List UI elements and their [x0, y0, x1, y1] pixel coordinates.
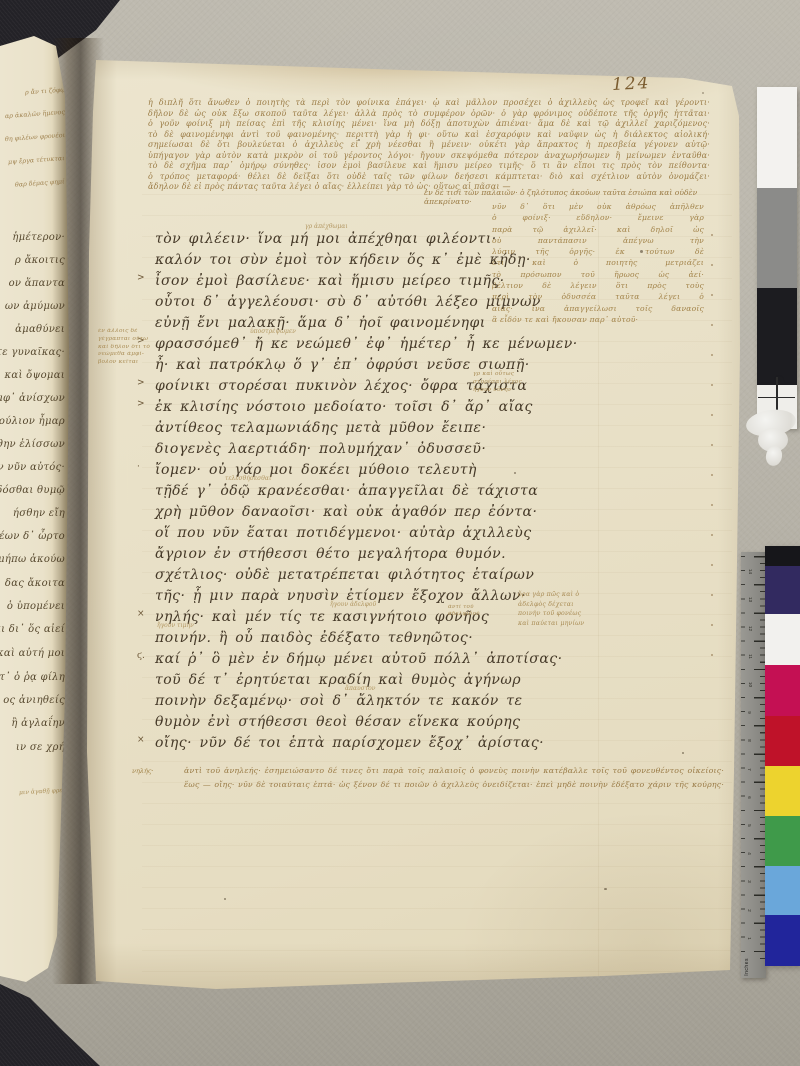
ruler-number: 1 — [747, 937, 752, 940]
pricking-dot — [711, 504, 713, 506]
ink-speck — [640, 250, 643, 253]
lemma-word: νηλής· — [132, 767, 154, 775]
tissue-wad — [744, 408, 800, 470]
verse-line: > ὑποστρέψωμεν φρασσόμεθ᾽ ἤ κε νεώμεθ᾽ ἐ… — [155, 333, 625, 354]
scholia-line: ἕως — οἴης· νῦν δὲ τοιαύταις ἑπτά· ὡς ξέ… — [184, 778, 724, 792]
pricking-dot — [711, 354, 713, 356]
right-margin-gloss: ἀντὶ τοῦἀδελφιδοῦ — [448, 604, 508, 618]
top-scholia-block: ἡ διπλῆ ὅτι ἄνωθεν ὁ ποιητὴς τὰ περὶ τὸν… — [148, 98, 710, 193]
critical-sign: × — [137, 609, 145, 619]
verse-line: ἤγουν τιμήν ποινήν. ἢ οὗ παιδὸς ἐδέξατο … — [155, 627, 625, 648]
note-line: ἐν ἄλλοις δὲ — [98, 328, 158, 336]
ink-speck — [604, 888, 607, 890]
ruler-number: 2 — [747, 909, 752, 912]
note-line: ἀδελφὸς δέχεται — [518, 600, 616, 610]
iliad-text-block: γρ ἀπέχθωμαι τὸν φιλέειν· ἵνα μή μοι ἀπέ… — [155, 228, 625, 753]
interlinear-gloss: ἄπαυστον — [345, 685, 375, 692]
pricking-dot — [711, 564, 713, 566]
scholia-line: ἀντὶ τοῦ ἀνηλεής· ἐσημειώσαντο δέ τινες … — [184, 764, 724, 778]
verse-text: ἴομεν· οὐ γάρ μοι δοκέει μύθοιο τελευτὴ — [155, 462, 477, 478]
verse-line: × οἴης· νῦν δέ τοι ἑπτὰ παρίσχομεν ἔξοχ᾽… — [155, 732, 625, 753]
inch-ruler: 1234567891011121314 Inches — [741, 552, 766, 978]
ruler-label: Inches — [744, 958, 750, 976]
verse-text: τὸν φιλέειν· ἵνα μή μοι ἀπέχθηαι φιλέοντ… — [155, 231, 497, 247]
ruler-number: 6 — [747, 796, 752, 799]
left-margin-note: ἐν ἄλλοις δὲγέγραπται οὕτωκαὶ δῆλον ὅτι … — [98, 328, 158, 367]
verse-text: φοίνικι στορέσαι πυκινὸν λέχος· ὄφρα τάχ… — [155, 378, 527, 394]
verse-text: θυμὸν ἐνὶ στήθεσσι θεοὶ θέσαν εἵνεκα κού… — [155, 714, 521, 730]
note-line: ὅρα γὰρ πῶς καὶ ὁ — [518, 590, 616, 600]
critical-sign: > — [137, 378, 145, 388]
color-patch — [765, 716, 800, 766]
verse-text: σχέτλιος· οὐδὲ μετατρέπεται φιλότητος ἑτ… — [155, 567, 534, 583]
ruler-number: 7 — [747, 768, 752, 771]
verse-line: εὐνῇ ἔνι μαλακῇ· ἅμα δ᾽ ἠοῖ φαινομένηφι — [155, 312, 625, 333]
ink-speck — [358, 139, 360, 141]
pricking-dot — [711, 474, 713, 476]
verse-line: οὗτοι δ᾽ ἀγγελέουσι· σὺ δ᾽ αὐτόθι λέξεο … — [155, 291, 625, 312]
verse-line: καλόν τοι σὺν ἐμοὶ τὸν κήδειν ὅς κ᾽ ἐμὲ … — [155, 249, 625, 270]
pricking-dot — [711, 624, 713, 626]
ruler-number: 12 — [748, 626, 753, 631]
critical-sign: · — [137, 462, 140, 472]
note-line: ἀντὶ τοῦ — [448, 604, 508, 611]
verse-text: νηλής· καὶ μέν τίς τε κασιγνήτοιο φονῆος — [155, 609, 489, 625]
verse-text: ἶσον ἐμοὶ βασίλευε· καὶ ἥμισυ μείρεο τιμ… — [155, 273, 505, 289]
ink-speck — [702, 92, 704, 94]
interlinear-gloss: τελεσθήσεσθαι — [225, 475, 271, 482]
verse-line: ϛ. καί ῥ᾽ ὃ μὲν ἐν δήμῳ μένει αὐτοῦ πόλλ… — [155, 648, 625, 669]
verse-line: οἵ που νῦν ἕαται ποτιδέγμενοι· αὐτὰρ ἀχι… — [155, 522, 625, 543]
ruler-number: 4 — [747, 852, 752, 855]
pricking-dot — [711, 594, 713, 596]
ink-speck — [682, 752, 684, 754]
verse-text: ἄγριον ἐν στήθεσσι θέτο μεγαλήτορα θυμόν… — [155, 546, 506, 562]
verse-line: τοῦ δέ τ᾽ ἐρητύεται κραδίη καὶ θυμὸς ἀγή… — [155, 669, 625, 690]
pricking-dot — [711, 534, 713, 536]
registration-cross-icon — [758, 397, 795, 399]
verse-line: τελεσθήσεσθαι τῇδέ γ᾽ ὁδῷ κρανέεσθαι· ἀπ… — [155, 480, 625, 501]
verse-text: οἵ που νῦν ἕαται ποτιδέγμενοι· αὐτὰρ ἀχι… — [155, 525, 532, 541]
verse-line: σχέτλιος· οὐδὲ μετατρέπεται φιλότητος ἑτ… — [155, 564, 625, 585]
verse-text: διογενὲς λαερτιάδη· πολυμήχαν᾽ ὀδυσσεῦ· — [155, 441, 486, 457]
interlinear-gloss: ἤγουν ἀδελφοῦ — [330, 601, 376, 608]
verse-text: ἐκ κλισίης νόστοιο μεδοίατο· τοῖσι δ᾽ ἄρ… — [155, 399, 533, 415]
pricking-dot — [711, 234, 713, 236]
verse-text: καί ῥ᾽ ὃ μὲν ἐν δήμῳ μένει αὐτοῦ πόλλ᾽ ἀ… — [155, 651, 563, 667]
scholia-line: ὁ φοίνιξ· εὔδηλον· ἔμεινε γὰρ — [492, 212, 704, 223]
color-patch — [765, 546, 800, 566]
verse-line: θυμὸν ἐνὶ στήθεσσι θεοὶ θέσαν εἵνεκα κού… — [155, 711, 625, 732]
ruler-number: 3 — [747, 880, 752, 883]
note-line: καὶ παύεται μηνίων — [518, 619, 616, 629]
scholia-line: δῆλον δὲ ὡς οὐκ ἔξω σκοποῦ ταῦτα λέγει· … — [148, 109, 710, 120]
ruler-number: 5 — [747, 824, 752, 827]
interlinear-gloss: ὑποστρέψωμεν — [250, 328, 296, 335]
scholia-line: τὸ δὲ σχῆμα παρ᾽ ὁμήρῳ σύνηθες· ἶσον ἐμο… — [148, 161, 710, 172]
scholia-line: ἡ διπλῆ ὅτι ἄνωθεν ὁ ποιητὴς τὰ περὶ τὸν… — [148, 98, 710, 109]
note-line: ἀδελφιδοῦ — [448, 611, 508, 618]
pricking-dot — [711, 294, 713, 296]
ink-speck — [514, 472, 516, 474]
color-patch — [765, 766, 800, 816]
color-patch — [765, 866, 800, 915]
verse-text: τοῦ δέ τ᾽ ἐρητύεται κραδίη καὶ θυμὸς ἀγή… — [155, 672, 521, 688]
pricking-dot — [711, 414, 713, 416]
verse-line: ἄγριον ἐν στήθεσσι θέτο μεγαλήτορα θυμόν… — [155, 543, 625, 564]
critical-sign: × — [137, 735, 145, 745]
pricking-dot — [711, 654, 713, 656]
scholia-line: ὁ γοῦν φοίνιξ μὴ πείσας ἐπὶ τῆς κλισίης … — [148, 119, 710, 130]
verse-line: διογενὲς λαερτιάδη· πολυμήχαν᾽ ὀδυσσεῦ· — [155, 438, 625, 459]
verse-text: καλόν τοι σὺν ἐμοὶ τὸν κήδειν ὅς κ᾽ ἐμὲ … — [155, 252, 531, 268]
ruler-ticks-left — [741, 556, 745, 964]
verse-line: ἀντίθεος τελαμωνιάδης μετὰ μῦθον ἔειπε· — [155, 417, 625, 438]
scholia-line: ὑπήγαγον γὰρ αὐτὸν κατὰ μικρὸν οἱ τοῦ γέ… — [148, 151, 710, 162]
verse-text: φρασσόμεθ᾽ ἤ κε νεώμεθ᾽ ἐφ᾽ ἡμέτερ᾽ ἦ κε… — [155, 336, 578, 352]
right-margin-note-lower: ὅρα γὰρ πῶς καὶ ὁἀδελφὸς δέχεταιποινὴν τ… — [518, 590, 616, 628]
grayscale-calibration-bar — [757, 87, 797, 386]
verse-text: εὐνῇ ἔνι μαλακῇ· ἅμα δ᾽ ἠοῖ φαινομένηφι — [155, 315, 486, 331]
ink-speck — [224, 898, 226, 900]
color-control-strip — [765, 546, 800, 966]
scholia-line: τὸ δὲ φαινομένηφι ἀντὶ τοῦ φαινομένης· π… — [148, 130, 710, 141]
bottom-scholia-block: νηλής· ἀντὶ τοῦ ἀνηλεής· ἐσημειώσαντο δέ… — [132, 762, 726, 791]
critical-sign: > — [137, 399, 145, 409]
critical-sign: ϛ. — [137, 651, 145, 661]
right-margin-note-upper: γρ καὶ οὕτωςστορέσαι λέχοςἤγουν εὐνήν — [473, 370, 545, 394]
verse-text: ποινὴν δεξαμένῳ· σοὶ δ᾽ ἄληκτόν τε κακόν… — [155, 693, 523, 709]
scholia-line: νῦν δ᾽ ὅτι μὲν οὐκ ἀθρόως ἀπῆλθεν — [492, 201, 704, 212]
ruler-number: 8 — [747, 739, 752, 742]
gray-patch — [757, 87, 797, 188]
note-line: γέγραπται οὕτω — [98, 336, 158, 344]
verse-text: οἴης· νῦν δέ τοι ἑπτὰ παρίσχομεν ἔξοχ᾽ ἀ… — [155, 735, 544, 751]
manuscript-page: 124 ἡ διπλῆ ὅτι ἄνωθεν ὁ ποιητὴς τὰ περὶ… — [84, 52, 744, 990]
note-line: ποινὴν τοῦ φονέως — [518, 609, 616, 619]
note-line: στορέσαι λέχος — [473, 378, 545, 386]
note-line: βολον κεῖται — [98, 359, 158, 367]
pricking-dot — [711, 324, 713, 326]
interlinear-gloss: ἤγουν τιμήν — [157, 622, 194, 629]
verse-line: > ἶσον ἐμοὶ βασίλευε· καὶ ἥμισυ μείρεο τ… — [155, 270, 625, 291]
color-patch — [765, 816, 800, 866]
verse-text: τῇδέ γ᾽ ὁδῷ κρανέεσθαι· ἀπαγγεῖλαι δὲ τά… — [155, 483, 538, 499]
verse-line: ἄπαυστον ποινὴν δεξαμένῳ· σοὶ δ᾽ ἄληκτόν… — [155, 690, 625, 711]
ruler-number: 11 — [748, 654, 753, 659]
gray-patch — [757, 288, 797, 386]
ruler-number: 13 — [748, 597, 753, 602]
verse-line: ἦ· καὶ πατρόκλῳ ὅ γ᾽ ἐπ᾽ ὀφρύσι νεῦσε σι… — [155, 354, 625, 375]
note-line: γρ καὶ οὕτως — [473, 370, 545, 378]
verse-text: χρὴ μῦθον δαναοῖσι· καὶ οὐκ ἀγαθόν περ ἐ… — [155, 504, 537, 520]
verse-text: ἀντίθεος τελαμωνιάδης μετὰ μῦθον ἔειπε· — [155, 420, 486, 436]
scholia-line: σημείωσαι δὲ ὅτι βουλεύεται ὁ ἀχιλλεὺς ε… — [148, 140, 710, 151]
interlinear-gloss: γρ ἀπέχθωμαι — [305, 223, 348, 230]
note-line: καὶ δῆλον ὅτι τὸ — [98, 344, 158, 352]
verse-line: > ἐκ κλισίης νόστοιο μεδοίατο· τοῖσι δ᾽ … — [155, 396, 625, 417]
verse-line: > φοίνικι στορέσαι πυκινὸν λέχος· ὄφρα τ… — [155, 375, 625, 396]
color-patch — [765, 915, 800, 966]
pricking-dot — [711, 384, 713, 386]
note-line: ἤγουν εὐνήν — [473, 386, 545, 394]
verse-line: γρ ἀπέχθωμαι τὸν φιλέειν· ἵνα μή μοι ἀπέ… — [155, 228, 625, 249]
ruler-number: 14 — [748, 569, 753, 574]
color-patch — [765, 566, 800, 614]
color-patch — [765, 665, 800, 716]
bottom-scholia-lines: ἀντὶ τοῦ ἀνηλεής· ἐσημειώσαντο δέ τινες … — [184, 762, 724, 791]
gray-patch — [757, 188, 797, 288]
verse-text: ποινήν. ἢ οὗ παιδὸς ἐδέξατο τεθνηῶτος· — [155, 630, 473, 646]
color-patch — [765, 614, 800, 665]
critical-sign: > — [137, 273, 145, 283]
pricking-dot — [711, 264, 713, 266]
manuscript-photo-stage: ρ ἄν τι ζόφῳαρ ἀκαλῶν ἥμενοςθη φιλέων φρ… — [0, 0, 800, 1066]
pricking-dot — [711, 444, 713, 446]
scholia-line: ὁ τρόπος μεταφορά· θέλει δὲ δεῖξαι ὅτι ο… — [148, 172, 710, 183]
ruler-number: 10 — [748, 682, 753, 687]
registration-cross-icon — [776, 377, 778, 411]
note-line: νεώμεθα ἀμφί- — [98, 351, 158, 359]
verse-line: χρὴ μῦθον δαναοῖσι· καὶ οὐκ ἀγαθόν περ ἐ… — [155, 501, 625, 522]
ruler-number: 9 — [747, 711, 752, 714]
verse-text: οὗτοι δ᾽ ἀγγελέουσι· σὺ δ᾽ αὐτόθι λέξεο … — [155, 294, 541, 310]
